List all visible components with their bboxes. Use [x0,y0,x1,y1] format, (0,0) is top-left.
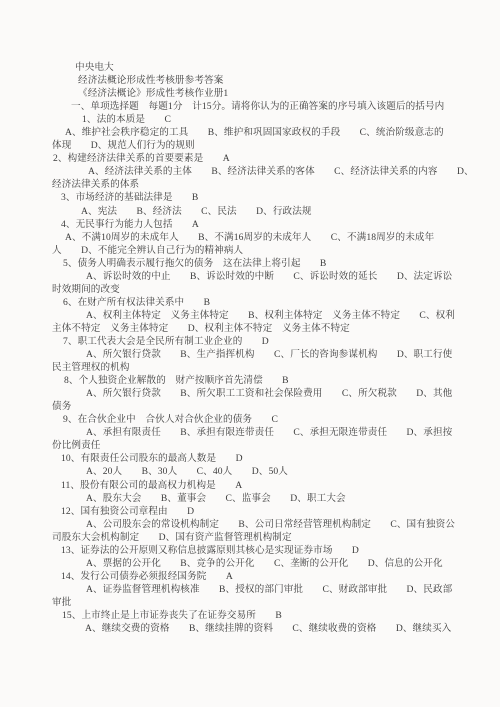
text-line: A、维护社会秩序稳定的工具 B、维护和巩固国家政权的手段 C、统治阶级意志的 [0,126,500,139]
text-line: 一、单项选择题 每题1分 计15分。请将你认为的正确答案的序号填入该题后的括号内 [0,100,500,113]
text-line: 10、有限责任公司股东的最高人数是 D [0,452,500,465]
text-line: 民主管理权的机构 [0,361,500,374]
text-line: 11、股份有限公司的最高权力机构是 A [0,479,500,492]
text-line: A、经济法律关系的主体 B、经济法律关系的客体 C、经济法律关系的内容 D、 [0,165,500,178]
text-line: 债务 [0,400,500,413]
text-line: A、宪法 B、经济法 C、民法 D、行政法规 [0,205,500,218]
text-line: 6、在财产所有权法律关系中 B [0,296,500,309]
text-line: 司股东大会机构制定 D、国有资产监督管理机构制定 [0,531,500,544]
text-line: A、股东大会 B、董事会 C、监事会 D、职工大会 [0,492,500,505]
text-line: A、诉讼时效的中止 B、诉讼时效的中断 C、诉讼时效的延长 D、法定诉讼 [0,270,500,283]
text-line: 经济法律关系的体系 [0,178,500,191]
text-line: 人 D、不能完全辨认自己行为的精神病人 [0,244,500,257]
text-line: A、不满10周岁的未成年人 B、不满16周岁的未成年人 C、不满18周岁的未成年 [0,231,500,244]
text-line: 3、市场经济的基础法律是 B [0,191,500,204]
text-line: 中央电大 [0,61,500,74]
document-lines: 中央电大经济法概论形成性考核册参考答案《经济法概论》形成性考核作业册1一、单项选… [0,61,500,635]
document-page: 中央电大经济法概论形成性考核册参考答案《经济法概论》形成性考核作业册1一、单项选… [0,0,500,707]
text-line: A、票据的公开化 B、竞争的公开化 C、垄断的公开化 D、信息的公开化 [0,557,500,570]
text-line: 份比例责任 [0,439,500,452]
text-line: A、所欠银行贷款 B、所欠职工工资和社会保险费用 C、所欠税款 D、其他 [0,387,500,400]
text-line: A、所欠银行贷款 B、生产指挥机构 C、厂长的咨询参谋机构 D、职工行使 [0,348,500,361]
text-line: 经济法概论形成性考核册参考答案 [0,74,500,87]
text-line: A、权利主体特定 义务主体特定 B、权利主体特定 义务主体不特定 C、权利 [0,309,500,322]
text-line: 5、债务人明确表示履行拖欠的债务 这在法律上将引起 B [0,257,500,270]
text-line: A、公司股东会的常设机构制定 B、公司日常经营管理机构制定 C、国有独资公 [0,518,500,531]
text-line: 15、上市终止是上市证券丧失了在证券交易所 B [0,609,500,622]
text-line: 9、在合伙企业中 合伙人对合伙企业的债务 C [0,413,500,426]
text-line: 《经济法概论》形成性考核作业册1 [0,87,500,100]
text-line: 主体不特定 义务主体特定 D、权利主体不特定 义务主体不特定 [0,322,500,335]
text-line: 14、发行公司债券必须报经国务院 A [0,570,500,583]
text-line: 2、构建经济法律关系的首要要素是 A [0,152,500,165]
text-line: 12、国有独资公司章程由 D [0,505,500,518]
text-line: 13、证券法的公开原则又称信息披露原则其核心是实现证券市场 D [0,544,500,557]
text-line: 审批 [0,596,500,609]
text-line: 4、无民事行为能力人包括 A [0,218,500,231]
text-line: A、20人 B、30人 C、40人 D、50人 [0,465,500,478]
text-line: 7、职工代表大会是全民所有制工业企业的 D [0,335,500,348]
text-line: A、继续交费的资格 B、继续挂牌的资料 C、继续收费的资格 D、继续买入 [0,622,500,635]
text-line: 1、法的本质是 C [0,113,500,126]
text-line: 时效期间的改变 [0,283,500,296]
text-line: 体现 D、规范人们行为的规则 [0,139,500,152]
text-line: A、证券监督管理机构核准 B、授权的部门审批 C、财政部审批 D、民政部 [0,583,500,596]
text-line: A、承担有限责任 B、承担有限连带责任 C、承担无限连带责任 D、承担按 [0,426,500,439]
text-line: 8、个人独资企业解散的 财产按顺序首先清偿 B [0,374,500,387]
